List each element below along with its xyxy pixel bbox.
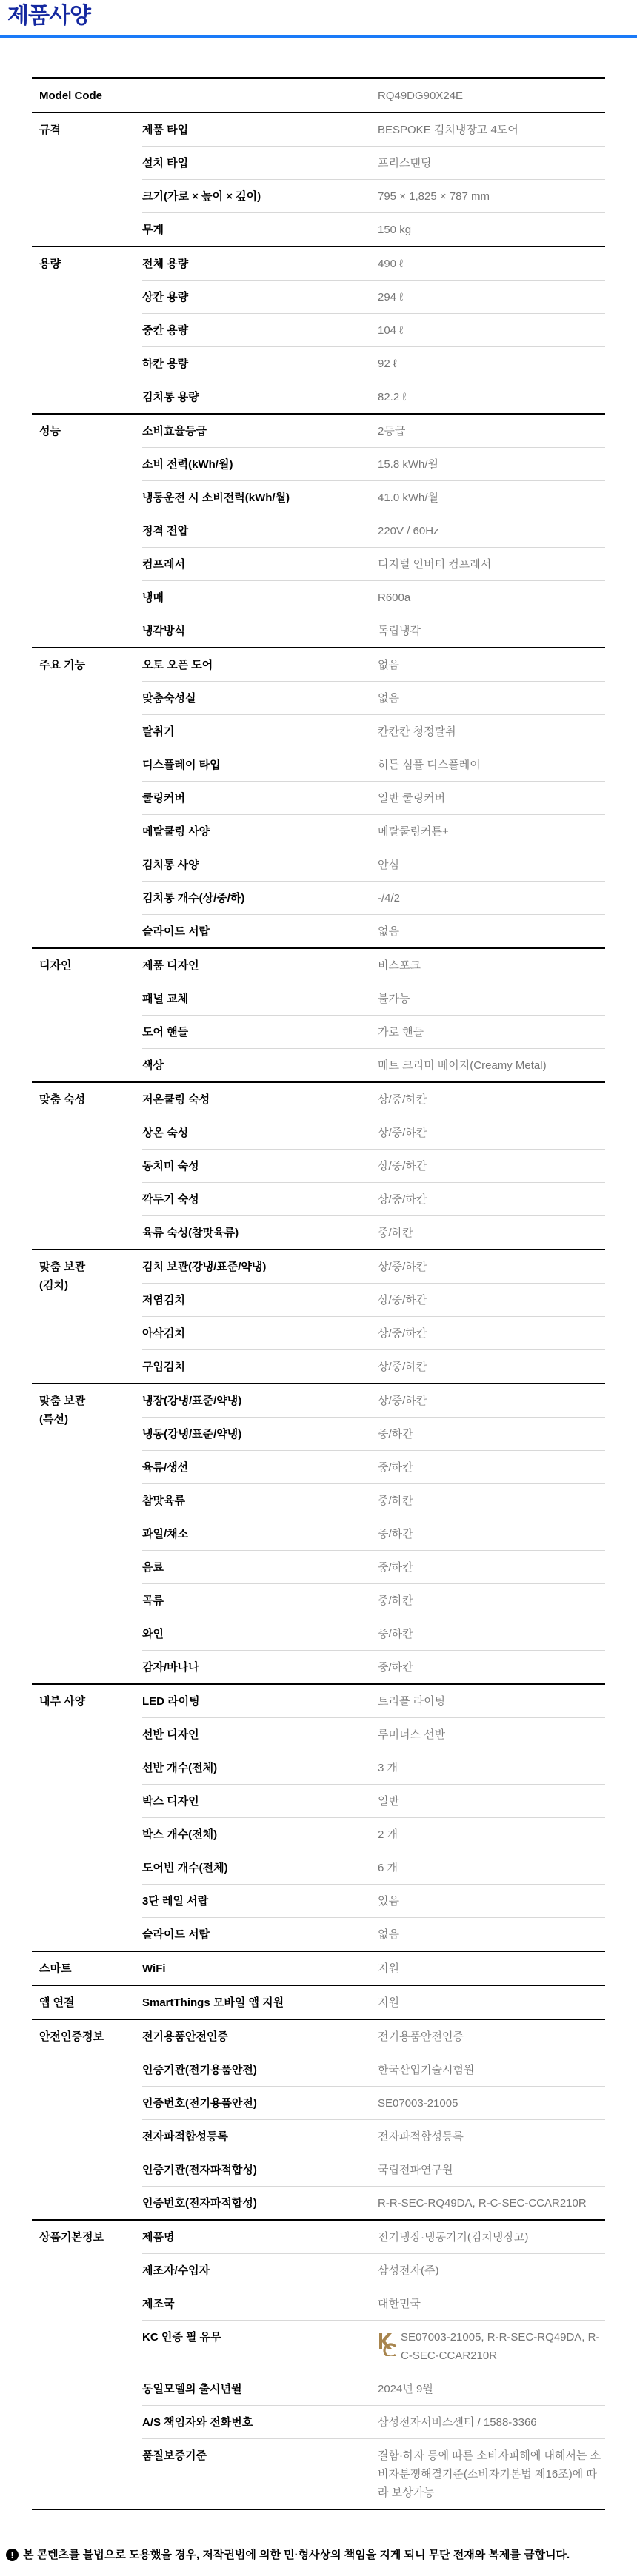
spec-value-text: 결함·하자 등에 따른 소비자피해에 대해서는 소비자분쟁해결기준(소비자기본법… [378, 2446, 605, 2502]
spec-value: 없음 [378, 922, 605, 941]
spec-value: BESPOKE 김치냉장고 4도어 [378, 121, 605, 139]
spec-label: 크기(가로 × 높이 × 깊이) [142, 187, 378, 206]
spec-value: 안심 [378, 856, 605, 874]
section-rows: 제품명전기냉장·냉동기기(김치냉장고)제조자/수입자삼성전자(주)제조국대한민국… [142, 2221, 605, 2509]
section-rows: 저온쿨링 숙성상/중/하칸상온 숙성상/중/하칸동치미 숙성상/중/하칸깍두기 … [142, 1083, 605, 1249]
spec-section: 용량전체 용량490 ℓ상칸 용량294 ℓ중칸 용량104 ℓ하칸 용량92 … [32, 246, 605, 413]
spec-value-text: 상/중/하칸 [378, 1291, 427, 1309]
spec-label: 김치통 개수(상/중/하) [142, 889, 378, 908]
spec-row: 김치통 용량82.2 ℓ [142, 380, 605, 413]
spec-value-text: 2 개 [378, 1825, 398, 1844]
spec-value: 있음 [378, 1892, 605, 1911]
spec-value-text: 삼성전자(주) [378, 2261, 438, 2280]
spec-row: 저염김치상/중/하칸 [142, 1283, 605, 1316]
spec-label: 도어빈 개수(전체) [142, 1859, 378, 1877]
spec-row: 동치미 숙성상/중/하칸 [142, 1149, 605, 1182]
spec-label: 저온쿨링 숙성 [142, 1090, 378, 1109]
spec-value: 가로 핸들 [378, 1023, 605, 1042]
spec-value: 3 개 [378, 1759, 605, 1777]
spec-value: 루미너스 선반 [378, 1725, 605, 1744]
spec-label: 인증번호(전자파적합성) [142, 2194, 378, 2213]
spec-section: 스마트WiFi지원 [32, 1951, 605, 1985]
spec-value-text: 루미너스 선반 [378, 1725, 445, 1744]
spec-label: 와인 [142, 1625, 378, 1643]
spec-section: 앱 연결SmartThings 모바일 앱 지원지원 [32, 1985, 605, 2019]
section-category: 주요 기능 [32, 648, 142, 947]
spec-value: 중/하칸 [378, 1591, 605, 1610]
spec-section: 맞춤 보관 (특선)냉장(강냉/표준/약냉)상/중/하칸냉동(강냉/표준/약냉)… [32, 1383, 605, 1683]
spec-row: 깍두기 숙성상/중/하칸 [142, 1182, 605, 1215]
spec-value-text: 프리스탠딩 [378, 154, 431, 172]
spec-label: 동치미 숙성 [142, 1157, 378, 1175]
spec-value-text: 상/중/하칸 [378, 1090, 427, 1109]
spec-label: 냉장(강냉/표준/약냉) [142, 1392, 378, 1410]
spec-value: 칸칸칸 청정탈취 [378, 722, 605, 741]
spec-label: 설치 타입 [142, 154, 378, 172]
spec-label: 오토 오픈 도어 [142, 656, 378, 674]
spec-value-text: 없음 [378, 1925, 399, 1944]
section-category: 규격 [32, 113, 142, 246]
spec-label: 동일모델의 출시년월 [142, 2380, 378, 2398]
spec-value: 중/하칸 [378, 1458, 605, 1477]
spec-value-text: 220V / 60Hz [378, 522, 439, 540]
section-category: 맞춤 보관 (특선) [32, 1384, 142, 1683]
spec-value: 2등급 [378, 422, 605, 440]
spec-value-text: 중/하칸 [378, 1658, 413, 1677]
spec-value: 2 개 [378, 1825, 605, 1844]
spec-value: 비스포크 [378, 956, 605, 975]
spec-label: 상칸 용량 [142, 288, 378, 306]
spec-value: 전기용품안전인증 [378, 2027, 605, 2046]
spec-value-text: 상/중/하칸 [378, 1358, 427, 1376]
section-category: 안전인증정보 [32, 2020, 142, 2219]
spec-value: 국립전파연구원 [378, 2161, 605, 2179]
spec-row: 제품 디자인비스포크 [142, 949, 605, 982]
spec-row: 감자/바나나중/하칸 [142, 1650, 605, 1683]
spec-value: 15.8 kWh/월 [378, 455, 605, 474]
spec-value: SE07003-21005, R-R-SEC-RQ49DA, R-C-SEC-C… [378, 2328, 605, 2365]
spec-row: 탈취기칸칸칸 청정탈취 [142, 714, 605, 748]
spec-value: 전자파적합성등록 [378, 2127, 605, 2146]
section-rows: 김치 보관(강냉/표준/약냉)상/중/하칸저염김치상/중/하칸아삭김치상/중/하… [142, 1250, 605, 1383]
spec-value: 메탈쿨링커튼+ [378, 822, 605, 841]
spec-label: 탈취기 [142, 722, 378, 741]
spec-row: 냉장(강냉/표준/약냉)상/중/하칸 [142, 1384, 605, 1417]
spec-value-text: 없음 [378, 922, 399, 941]
spec-value: 없음 [378, 1925, 605, 1944]
spec-row: 하칸 용량92 ℓ [142, 346, 605, 380]
spec-value-text: 상/중/하칸 [378, 1324, 427, 1343]
spec-value-text: 중/하칸 [378, 1458, 413, 1477]
spec-row: 인증번호(전기용품안전)SE07003-21005 [142, 2086, 605, 2119]
spec-value: 490 ℓ [378, 255, 605, 273]
spec-row: 제조국대한민국 [142, 2287, 605, 2320]
spec-value: R600a [378, 588, 605, 607]
spec-row: 전체 용량490 ℓ [142, 247, 605, 280]
spec-row: 제조자/수입자삼성전자(주) [142, 2253, 605, 2287]
spec-label: 제조자/수입자 [142, 2261, 378, 2280]
spec-section: 맞춤 숙성저온쿨링 숙성상/중/하칸상온 숙성상/중/하칸동치미 숙성상/중/하… [32, 1081, 605, 1249]
spec-value-text: 전자파적합성등록 [378, 2127, 464, 2146]
spec-value: 상/중/하칸 [378, 1190, 605, 1209]
spec-value-text: 지원 [378, 1993, 399, 2012]
spec-value: 294 ℓ [378, 288, 605, 306]
spec-value: 디지털 인버터 컴프레서 [378, 555, 605, 574]
spec-label: 쿨링커버 [142, 789, 378, 808]
spec-value-text: 국립전파연구원 [378, 2161, 453, 2179]
kc-mark-icon [378, 2332, 397, 2356]
spec-label: 박스 디자인 [142, 1792, 378, 1811]
spec-value: 상/중/하칸 [378, 1324, 605, 1343]
spec-value: 중/하칸 [378, 1224, 605, 1242]
spec-value-text: 일반 [378, 1792, 399, 1811]
spec-row: 인증기관(전자파적합성)국립전파연구원 [142, 2153, 605, 2186]
section-rows: 제품 타입BESPOKE 김치냉장고 4도어설치 타입프리스탠딩크기(가로 × … [142, 113, 605, 246]
spec-value: 104 ℓ [378, 321, 605, 340]
spec-value-text: R-R-SEC-RQ49DA, R-C-SEC-CCAR210R [378, 2194, 587, 2213]
spec-value: 지원 [378, 1993, 605, 2012]
spec-value: 41.0 kWh/월 [378, 489, 605, 507]
spec-value: 2024년 9월 [378, 2380, 605, 2398]
spec-value: 상/중/하칸 [378, 1157, 605, 1175]
spec-value-text: 82.2 ℓ [378, 388, 406, 406]
spec-value: 220V / 60Hz [378, 522, 605, 540]
spec-label: 전자파적합성등록 [142, 2127, 378, 2146]
spec-value-text: 없음 [378, 656, 399, 674]
spec-label: 아삭김치 [142, 1324, 378, 1343]
section-rows: SmartThings 모바일 앱 지원지원 [142, 1986, 605, 2019]
spec-value-text: 2등급 [378, 422, 405, 440]
exclamation-circle-icon: ! [6, 2549, 19, 2561]
spec-value: 상/중/하칸 [378, 1358, 605, 1376]
spec-value: -/4/2 [378, 889, 605, 908]
spec-value: 매트 크리미 베이지(Creamy Metal) [378, 1056, 605, 1075]
section-category: 성능 [32, 415, 142, 647]
spec-section: Model CodeRQ49DG90X24E [32, 77, 605, 112]
spec-value: 일반 쿨링커버 [378, 789, 605, 808]
spec-row: 박스 디자인일반 [142, 1784, 605, 1817]
section-category: 내부 사양 [32, 1685, 142, 1951]
spec-label: 제품 타입 [142, 121, 378, 139]
spec-value: 상/중/하칸 [378, 1124, 605, 1142]
spec-row: 패널 교체불가능 [142, 982, 605, 1015]
spec-label: 색상 [142, 1056, 378, 1075]
spec-value-text: 중/하칸 [378, 1591, 413, 1610]
spec-label: 하칸 용량 [142, 355, 378, 373]
spec-section: 상품기본정보제품명전기냉장·냉동기기(김치냉장고)제조자/수입자삼성전자(주)제… [32, 2219, 605, 2509]
spec-value: 삼성전자서비스센터 / 1588-3366 [378, 2413, 605, 2432]
spec-row: 육류 숙성(참맛육류)중/하칸 [142, 1215, 605, 1249]
spec-row: 선반 개수(전체)3 개 [142, 1751, 605, 1784]
spec-label: 육류 숙성(참맛육류) [142, 1224, 378, 1242]
spec-row: A/S 책임자와 전화번호삼성전자서비스센터 / 1588-3366 [142, 2405, 605, 2438]
spec-label: WiFi [142, 1959, 378, 1978]
spec-value-text: 가로 핸들 [378, 1023, 424, 1042]
spec-value-text: 중/하칸 [378, 1558, 413, 1577]
spec-section: 성능소비효율등급2등급소비 전력(kWh/월)15.8 kWh/월냉동운전 시 … [32, 413, 605, 647]
spec-value-text: 메탈쿨링커튼+ [378, 822, 449, 841]
spec-value: 트리플 라이팅 [378, 1692, 605, 1711]
spec-label: 컴프레서 [142, 555, 378, 574]
spec-value-text: 매트 크리미 베이지(Creamy Metal) [378, 1056, 547, 1075]
spec-value-text: 상/중/하칸 [378, 1157, 427, 1175]
spec-row: 와인중/하칸 [142, 1617, 605, 1650]
section-rows: RQ49DG90X24E [142, 79, 605, 112]
spec-section: 안전인증정보전기용품안전인증전기용품안전인증인증기관(전기용품안전)한국산업기술… [32, 2019, 605, 2219]
spec-row: 동일모델의 출시년월2024년 9월 [142, 2372, 605, 2405]
spec-value-text: 있음 [378, 1892, 399, 1911]
spec-row: 소비 전력(kWh/월)15.8 kWh/월 [142, 447, 605, 480]
spec-row: 육류/생선중/하칸 [142, 1450, 605, 1483]
spec-label: 김치 보관(강냉/표준/약냉) [142, 1258, 378, 1276]
spec-value-text: 15.8 kWh/월 [378, 455, 438, 474]
spec-value: 150 kg [378, 221, 605, 239]
spec-value: 중/하칸 [378, 1492, 605, 1510]
spec-row: 슬라이드 서랍없음 [142, 914, 605, 947]
section-category: 앱 연결 [32, 1986, 142, 2019]
section-rows: 소비효율등급2등급소비 전력(kWh/월)15.8 kWh/월냉동운전 시 소비… [142, 415, 605, 647]
spec-value-text: 전기용품안전인증 [378, 2027, 464, 2046]
spec-row: 품질보증기준결함·하자 등에 따른 소비자피해에 대해서는 소비자분쟁해결기준(… [142, 2438, 605, 2509]
spec-value-text: 104 ℓ [378, 321, 403, 340]
spec-label: 깍두기 숙성 [142, 1190, 378, 1209]
spec-table: Model CodeRQ49DG90X24E규격제품 타입BESPOKE 김치냉… [32, 77, 605, 2510]
spec-row: 선반 디자인루미너스 선반 [142, 1717, 605, 1751]
section-category: 상품기본정보 [32, 2221, 142, 2509]
spec-value: 지원 [378, 1959, 605, 1978]
spec-section: 디자인제품 디자인비스포크패널 교체불가능도어 핸들가로 핸들색상매트 크리미 … [32, 947, 605, 1081]
spec-value: 프리스탠딩 [378, 154, 605, 172]
spec-label: 제조국 [142, 2295, 378, 2313]
spec-value-text: 대한민국 [378, 2295, 421, 2313]
spec-label: 냉각방식 [142, 622, 378, 640]
spec-label: 김치통 사양 [142, 856, 378, 874]
spec-label: 육류/생선 [142, 1458, 378, 1477]
spec-value-text: 한국산업기술시험원 [378, 2061, 474, 2079]
spec-value: 한국산업기술시험원 [378, 2061, 605, 2079]
spec-section: 주요 기능오토 오픈 도어없음맞춤숙성실없음탈취기칸칸칸 청정탈취디스플레이 타… [32, 647, 605, 947]
spec-value: 중/하칸 [378, 1525, 605, 1543]
section-category: Model Code [32, 79, 142, 112]
spec-row: 상온 숙성상/중/하칸 [142, 1116, 605, 1149]
spec-row: 곡류중/하칸 [142, 1583, 605, 1617]
spec-row: 인증번호(전자파적합성)R-R-SEC-RQ49DA, R-C-SEC-CCAR… [142, 2186, 605, 2219]
section-rows: 제품 디자인비스포크패널 교체불가능도어 핸들가로 핸들색상매트 크리미 베이지… [142, 949, 605, 1081]
spec-row: 과일/채소중/하칸 [142, 1517, 605, 1550]
spec-value-text: 중/하칸 [378, 1525, 413, 1543]
spec-value: 결함·하자 등에 따른 소비자피해에 대해서는 소비자분쟁해결기준(소비자기본법… [378, 2446, 605, 2502]
spec-label: 인증번호(전기용품안전) [142, 2094, 378, 2113]
spec-label: 인증기관(전기용품안전) [142, 2061, 378, 2079]
spec-value-text: 150 kg [378, 221, 411, 239]
spec-row: 상칸 용량294 ℓ [142, 280, 605, 313]
page-title: 제품사양 [7, 3, 637, 30]
spec-row: KC 인증 필 유무 SE07003-21005, R-R-SEC-RQ49DA… [142, 2320, 605, 2372]
copyright-notice: 본 콘텐츠를 불법으로 도용했을 경우, 저작권법에 의한 민·형사상의 책임을… [23, 2547, 570, 2563]
spec-value-text: R600a [378, 588, 410, 607]
spec-row: RQ49DG90X24E [142, 79, 605, 112]
spec-label: 맞춤숙성실 [142, 689, 378, 708]
section-category: 맞춤 숙성 [32, 1083, 142, 1249]
spec-row: 김치통 사양안심 [142, 848, 605, 881]
spec-label: 무게 [142, 221, 378, 239]
spec-value: RQ49DG90X24E [378, 87, 605, 105]
spec-row: 무게150 kg [142, 212, 605, 246]
spec-label: 전체 용량 [142, 255, 378, 273]
spec-value-text: 3 개 [378, 1759, 398, 1777]
spec-value: 중/하칸 [378, 1658, 605, 1677]
spec-label: 디스플레이 타입 [142, 756, 378, 774]
spec-row: 냉각방식독립냉각 [142, 614, 605, 647]
spec-value-text: 중/하칸 [378, 1425, 413, 1443]
spec-label: 감자/바나나 [142, 1658, 378, 1677]
spec-row: 박스 개수(전체)2 개 [142, 1817, 605, 1851]
spec-row: 색상매트 크리미 베이지(Creamy Metal) [142, 1048, 605, 1081]
spec-value-text: 지원 [378, 1959, 399, 1978]
spec-value-text: 불가능 [378, 990, 410, 1008]
spec-row: 전기용품안전인증전기용품안전인증 [142, 2020, 605, 2053]
spec-row: 제품 타입BESPOKE 김치냉장고 4도어 [142, 113, 605, 146]
spec-label: 냉매 [142, 588, 378, 607]
spec-row: WiFi지원 [142, 1952, 605, 1985]
spec-label: 제품명 [142, 2228, 378, 2247]
spec-value-text: 상/중/하칸 [378, 1124, 427, 1142]
spec-value: 82.2 ℓ [378, 388, 605, 406]
spec-label: A/S 책임자와 전화번호 [142, 2413, 378, 2432]
spec-label: 슬라이드 서랍 [142, 922, 378, 941]
spec-value-text: SE07003-21005 [378, 2094, 458, 2113]
spec-value-text: 41.0 kWh/월 [378, 489, 438, 507]
spec-label: 인증기관(전자파적합성) [142, 2161, 378, 2179]
spec-value-text: 92 ℓ [378, 355, 397, 373]
spec-value-text: 795 × 1,825 × 787 mm [378, 187, 490, 206]
spec-value: 전기냉장·냉동기기(김치냉장고) [378, 2228, 605, 2247]
spec-section: 규격제품 타입BESPOKE 김치냉장고 4도어설치 타입프리스탠딩크기(가로 … [32, 112, 605, 246]
spec-value-text: RQ49DG90X24E [378, 87, 463, 105]
spec-row: 도어빈 개수(전체)6 개 [142, 1851, 605, 1884]
spec-label: 냉동운전 시 소비전력(kWh/월) [142, 489, 378, 507]
spec-label: 3단 레일 서랍 [142, 1892, 378, 1911]
spec-value: 독립냉각 [378, 622, 605, 640]
spec-label: 메탈쿨링 사양 [142, 822, 378, 841]
section-rows: 냉장(강냉/표준/약냉)상/중/하칸냉동(강냉/표준/약냉)중/하칸육류/생선중… [142, 1384, 605, 1683]
spec-value-text: 상/중/하칸 [378, 1392, 427, 1410]
spec-label: 냉동(강냉/표준/약냉) [142, 1425, 378, 1443]
spec-row: 전자파적합성등록전자파적합성등록 [142, 2119, 605, 2153]
spec-row: 컴프레서디지털 인버터 컴프레서 [142, 547, 605, 580]
spec-value: 일반 [378, 1792, 605, 1811]
spec-value: 상/중/하칸 [378, 1258, 605, 1276]
spec-label: 과일/채소 [142, 1525, 378, 1543]
spec-row: 음료중/하칸 [142, 1550, 605, 1583]
spec-value: SE07003-21005 [378, 2094, 605, 2113]
spec-value-text: 칸칸칸 청정탈취 [378, 722, 456, 741]
spec-value-text: 안심 [378, 856, 399, 874]
spec-label [142, 87, 378, 105]
spec-section: 맞춤 보관 (김치)김치 보관(강냉/표준/약냉)상/중/하칸저염김치상/중/하… [32, 1249, 605, 1383]
spec-label: 박스 개수(전체) [142, 1825, 378, 1844]
spec-value: 6 개 [378, 1859, 605, 1877]
spec-value: 중/하칸 [378, 1558, 605, 1577]
section-rows: 전체 용량490 ℓ상칸 용량294 ℓ중칸 용량104 ℓ하칸 용량92 ℓ김… [142, 247, 605, 413]
spec-value: 삼성전자(주) [378, 2261, 605, 2280]
spec-value-text: SE07003-21005, R-R-SEC-RQ49DA, R-C-SEC-C… [401, 2328, 605, 2365]
spec-row: 오토 오픈 도어없음 [142, 648, 605, 681]
spec-value-text: 없음 [378, 689, 399, 708]
spec-row: 도어 핸들가로 핸들 [142, 1015, 605, 1048]
spec-label: 도어 핸들 [142, 1023, 378, 1042]
spec-row: SmartThings 모바일 앱 지원지원 [142, 1986, 605, 2019]
spec-value: 상/중/하칸 [378, 1090, 605, 1109]
spec-label: 선반 디자인 [142, 1725, 378, 1744]
spec-row: 저온쿨링 숙성상/중/하칸 [142, 1083, 605, 1116]
spec-row: 슬라이드 서랍없음 [142, 1917, 605, 1951]
spec-label: 제품 디자인 [142, 956, 378, 975]
spec-label: 곡류 [142, 1591, 378, 1610]
title-underline [0, 35, 637, 38]
spec-row: 제품명전기냉장·냉동기기(김치냉장고) [142, 2221, 605, 2253]
spec-value: 히든 심플 디스플레이 [378, 756, 605, 774]
spec-value-text: 294 ℓ [378, 288, 403, 306]
spec-label: 슬라이드 서랍 [142, 1925, 378, 1944]
spec-value-text: 전기냉장·냉동기기(김치냉장고) [378, 2228, 528, 2247]
section-category: 용량 [32, 247, 142, 413]
spec-row: 냉동(강냉/표준/약냉)중/하칸 [142, 1417, 605, 1450]
spec-row: 소비효율등급2등급 [142, 415, 605, 447]
spec-row: LED 라이팅트리플 라이팅 [142, 1685, 605, 1717]
spec-label: 중칸 용량 [142, 321, 378, 340]
spec-value-text: 삼성전자서비스센터 / 1588-3366 [378, 2413, 537, 2432]
spec-row: 중칸 용량104 ℓ [142, 313, 605, 346]
spec-value-text: 독립냉각 [378, 622, 421, 640]
spec-value-text: 6 개 [378, 1859, 398, 1877]
spec-value-text: BESPOKE 김치냉장고 4도어 [378, 121, 518, 139]
spec-value-text: 비스포크 [378, 956, 421, 975]
spec-value: 상/중/하칸 [378, 1291, 605, 1309]
spec-value: 상/중/하칸 [378, 1392, 605, 1410]
spec-row: 김치통 개수(상/중/하)-/4/2 [142, 881, 605, 914]
section-category: 스마트 [32, 1952, 142, 1985]
spec-value-text: 히든 심플 디스플레이 [378, 756, 481, 774]
spec-row: 참맛육류중/하칸 [142, 1483, 605, 1517]
spec-value-text: 2024년 9월 [378, 2380, 433, 2398]
spec-label: 음료 [142, 1558, 378, 1577]
spec-row: 쿨링커버일반 쿨링커버 [142, 781, 605, 814]
spec-value: 중/하칸 [378, 1625, 605, 1643]
spec-value-text: 상/중/하칸 [378, 1190, 427, 1209]
spec-label: KC 인증 필 유무 [142, 2328, 378, 2365]
spec-label: 전기용품안전인증 [142, 2027, 378, 2046]
spec-label: SmartThings 모바일 앱 지원 [142, 1993, 378, 2012]
spec-row: 설치 타입프리스탠딩 [142, 146, 605, 179]
spec-row: 구입김치상/중/하칸 [142, 1349, 605, 1383]
spec-label: 품질보증기준 [142, 2446, 378, 2502]
spec-label: 구입김치 [142, 1358, 378, 1376]
spec-label: 소비효율등급 [142, 422, 378, 440]
spec-row: 크기(가로 × 높이 × 깊이)795 × 1,825 × 787 mm [142, 179, 605, 212]
spec-value-text: 트리플 라이팅 [378, 1692, 445, 1711]
spec-label: 상온 숙성 [142, 1124, 378, 1142]
spec-value: R-R-SEC-RQ49DA, R-C-SEC-CCAR210R [378, 2194, 605, 2213]
spec-row: 인증기관(전기용품안전)한국산업기술시험원 [142, 2053, 605, 2086]
spec-value: 92 ℓ [378, 355, 605, 373]
spec-row: 3단 레일 서랍있음 [142, 1884, 605, 1917]
spec-label: 정격 전압 [142, 522, 378, 540]
spec-value: 중/하칸 [378, 1425, 605, 1443]
spec-label: 저염김치 [142, 1291, 378, 1309]
spec-row: 김치 보관(강냉/표준/약냉)상/중/하칸 [142, 1250, 605, 1283]
spec-row: 정격 전압220V / 60Hz [142, 514, 605, 547]
